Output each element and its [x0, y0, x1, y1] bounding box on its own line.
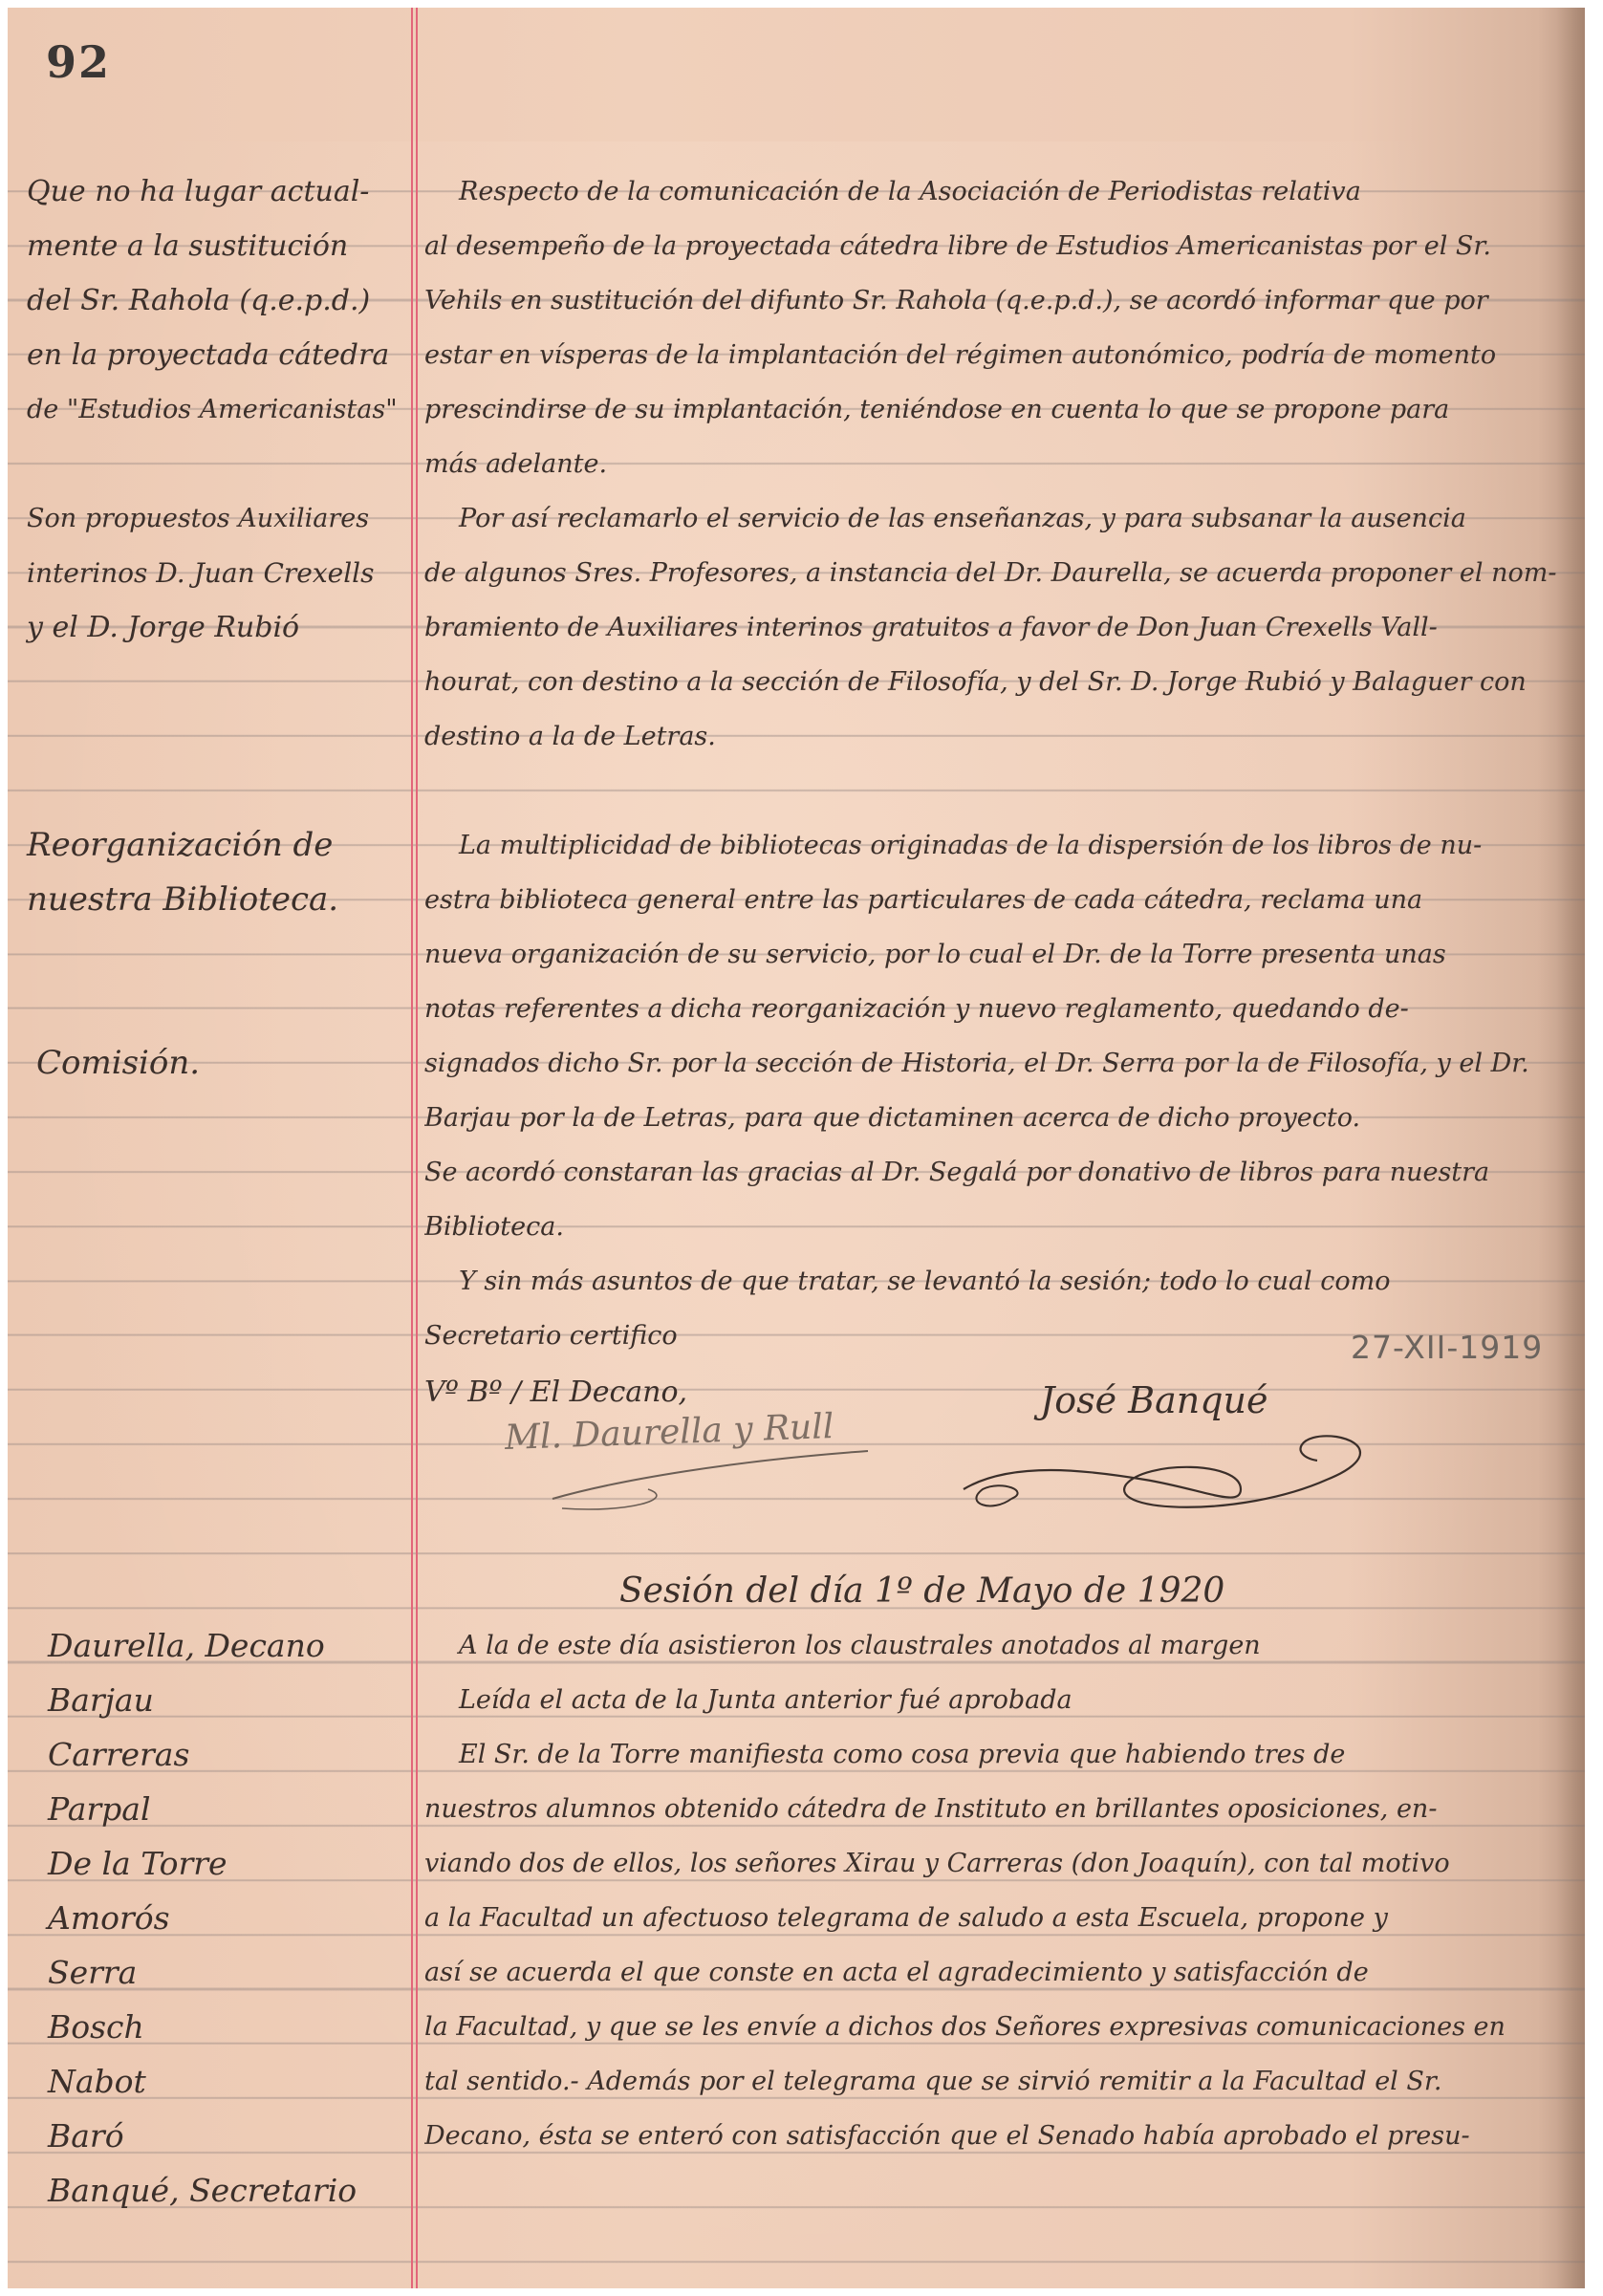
margin-note-line: interinos D. Juan Crexells	[27, 546, 409, 600]
minutes-line: Vehils en sustitución del difunto Sr. Ra…	[424, 273, 1571, 328]
margin-note-line: mente a la sustitución	[27, 219, 409, 273]
ledger-page: 92 Que no ha lugar actual- mente a la su…	[8, 8, 1585, 2288]
attendee-item: Amorós	[48, 1891, 170, 1945]
minutes-line: Respecto de la comunicación de la Asocia…	[424, 164, 1603, 219]
session-line: El Sr. de la Torre manifiesta como cosa …	[424, 1727, 1603, 1782]
margin-note-comision: Comisión.	[36, 1036, 419, 1091]
minutes-line: Por así reclamarlo el servicio de las en…	[424, 491, 1603, 546]
attendee-item: Carreras	[48, 1727, 189, 1782]
minutes-line: de algunos Sres. Profesores, a instancia…	[424, 546, 1571, 600]
session-line: Decano, ésta se enteró con satisfacción …	[424, 2109, 1571, 2163]
page-number: 92	[46, 36, 111, 88]
margin-note-line: Reorganización de	[27, 818, 409, 873]
attendee-item: Bosch	[48, 2000, 144, 2054]
session-line: así se acuerda el que conste en acta el …	[424, 1945, 1571, 2000]
minutes-line: nueva organización de su servicio, por l…	[424, 927, 1571, 982]
margin-note-line: en la proyectada cátedra	[27, 328, 409, 382]
minutes-line: bramiento de Auxiliares interinos gratui…	[424, 600, 1571, 655]
top-margin	[8, 8, 1585, 141]
secretary-signature: José Banqué	[1040, 1379, 1268, 1421]
margin-note-line: nuestra Biblioteca.	[27, 873, 409, 927]
minutes-line: hourat, con destino a la sección de Filo…	[424, 655, 1571, 709]
approval-line: Vº Bº / El Decano,	[424, 1365, 687, 1419]
session-line: nuestros alumnos obtenido cátedra de Ins…	[424, 1782, 1571, 1836]
minutes-line: Barjau por la de Letras, para que dictam…	[424, 1091, 1571, 1145]
minutes-line: Biblioteca.	[424, 1200, 1571, 1254]
attendee-item: Barjau	[48, 1673, 154, 1727]
minutes-line: al desempeño de la proyectada cátedra li…	[424, 219, 1571, 273]
margin-note-line: Comisión.	[36, 1036, 419, 1091]
pencil-date-annotation: 27-XII-1919	[1351, 1329, 1543, 1366]
session-line: tal sentido.- Además por el telegrama qu…	[424, 2054, 1571, 2109]
attendee-item: Serra	[48, 1945, 137, 2000]
minutes-line: estar en vísperas de la implantación del…	[424, 328, 1571, 382]
minutes-line: signados dicho Sr. por la sección de His…	[424, 1036, 1571, 1091]
session-line: viando dos de ellos, los señores Xirau y…	[424, 1836, 1571, 1891]
attendee-item: Nabot	[48, 2054, 146, 2109]
margin-note-line: Son propuestos Auxiliares	[27, 491, 409, 546]
minutes-line: estra biblioteca general entre las parti…	[424, 873, 1571, 927]
minutes-line: prescindirse de su implantación, teniénd…	[424, 382, 1571, 437]
attendee-item: Baró	[48, 2109, 124, 2163]
red-margin-rule	[411, 8, 418, 2288]
margin-note-line: de "Estudios Americanistas"	[27, 382, 409, 437]
minutes-line: destino a la de Letras.	[424, 709, 1571, 764]
session-line: Leída el acta de la Junta anterior fué a…	[424, 1673, 1603, 1727]
margin-note-line: del Sr. Rahola (q.e.p.d.)	[27, 273, 409, 328]
margin-note-rahola: Que no ha lugar actual- mente a la susti…	[27, 164, 409, 437]
minutes-line: notas referentes a dicha reorganización …	[424, 982, 1571, 1036]
margin-note-line: Que no ha lugar actual-	[27, 164, 409, 219]
minutes-line: Y sin más asuntos de que tratar, se leva…	[424, 1254, 1603, 1309]
session-line: A la de este día asistieron los claustra…	[424, 1618, 1603, 1673]
attendee-item: Banqué, Secretario	[48, 2163, 357, 2218]
attendee-item: Daurella, Decano	[48, 1618, 325, 1673]
minutes-line: La multiplicidad de bibliotecas originad…	[424, 818, 1603, 873]
margin-note-biblioteca: Reorganización de nuestra Biblioteca.	[27, 818, 409, 927]
minutes-line: más adelante.	[424, 437, 1571, 491]
minutes-line: Se acordó constaran las gracias al Dr. S…	[424, 1145, 1571, 1200]
session-line: a la Facultad un afectuoso telegrama de …	[424, 1891, 1571, 1945]
attendee-item: De la Torre	[48, 1836, 227, 1891]
attendee-item: Parpal	[48, 1782, 151, 1836]
margin-note-line: y el D. Jorge Rubió	[27, 600, 409, 655]
session-title: Sesión del día 1º de Mayo de 1920	[619, 1564, 1224, 1618]
secretary-signature-flourish	[954, 1422, 1394, 1527]
margin-note-auxiliares: Son propuestos Auxiliares interinos D. J…	[27, 491, 409, 655]
session-line: la Facultad, y que se les envíe a dichos…	[424, 2000, 1571, 2054]
